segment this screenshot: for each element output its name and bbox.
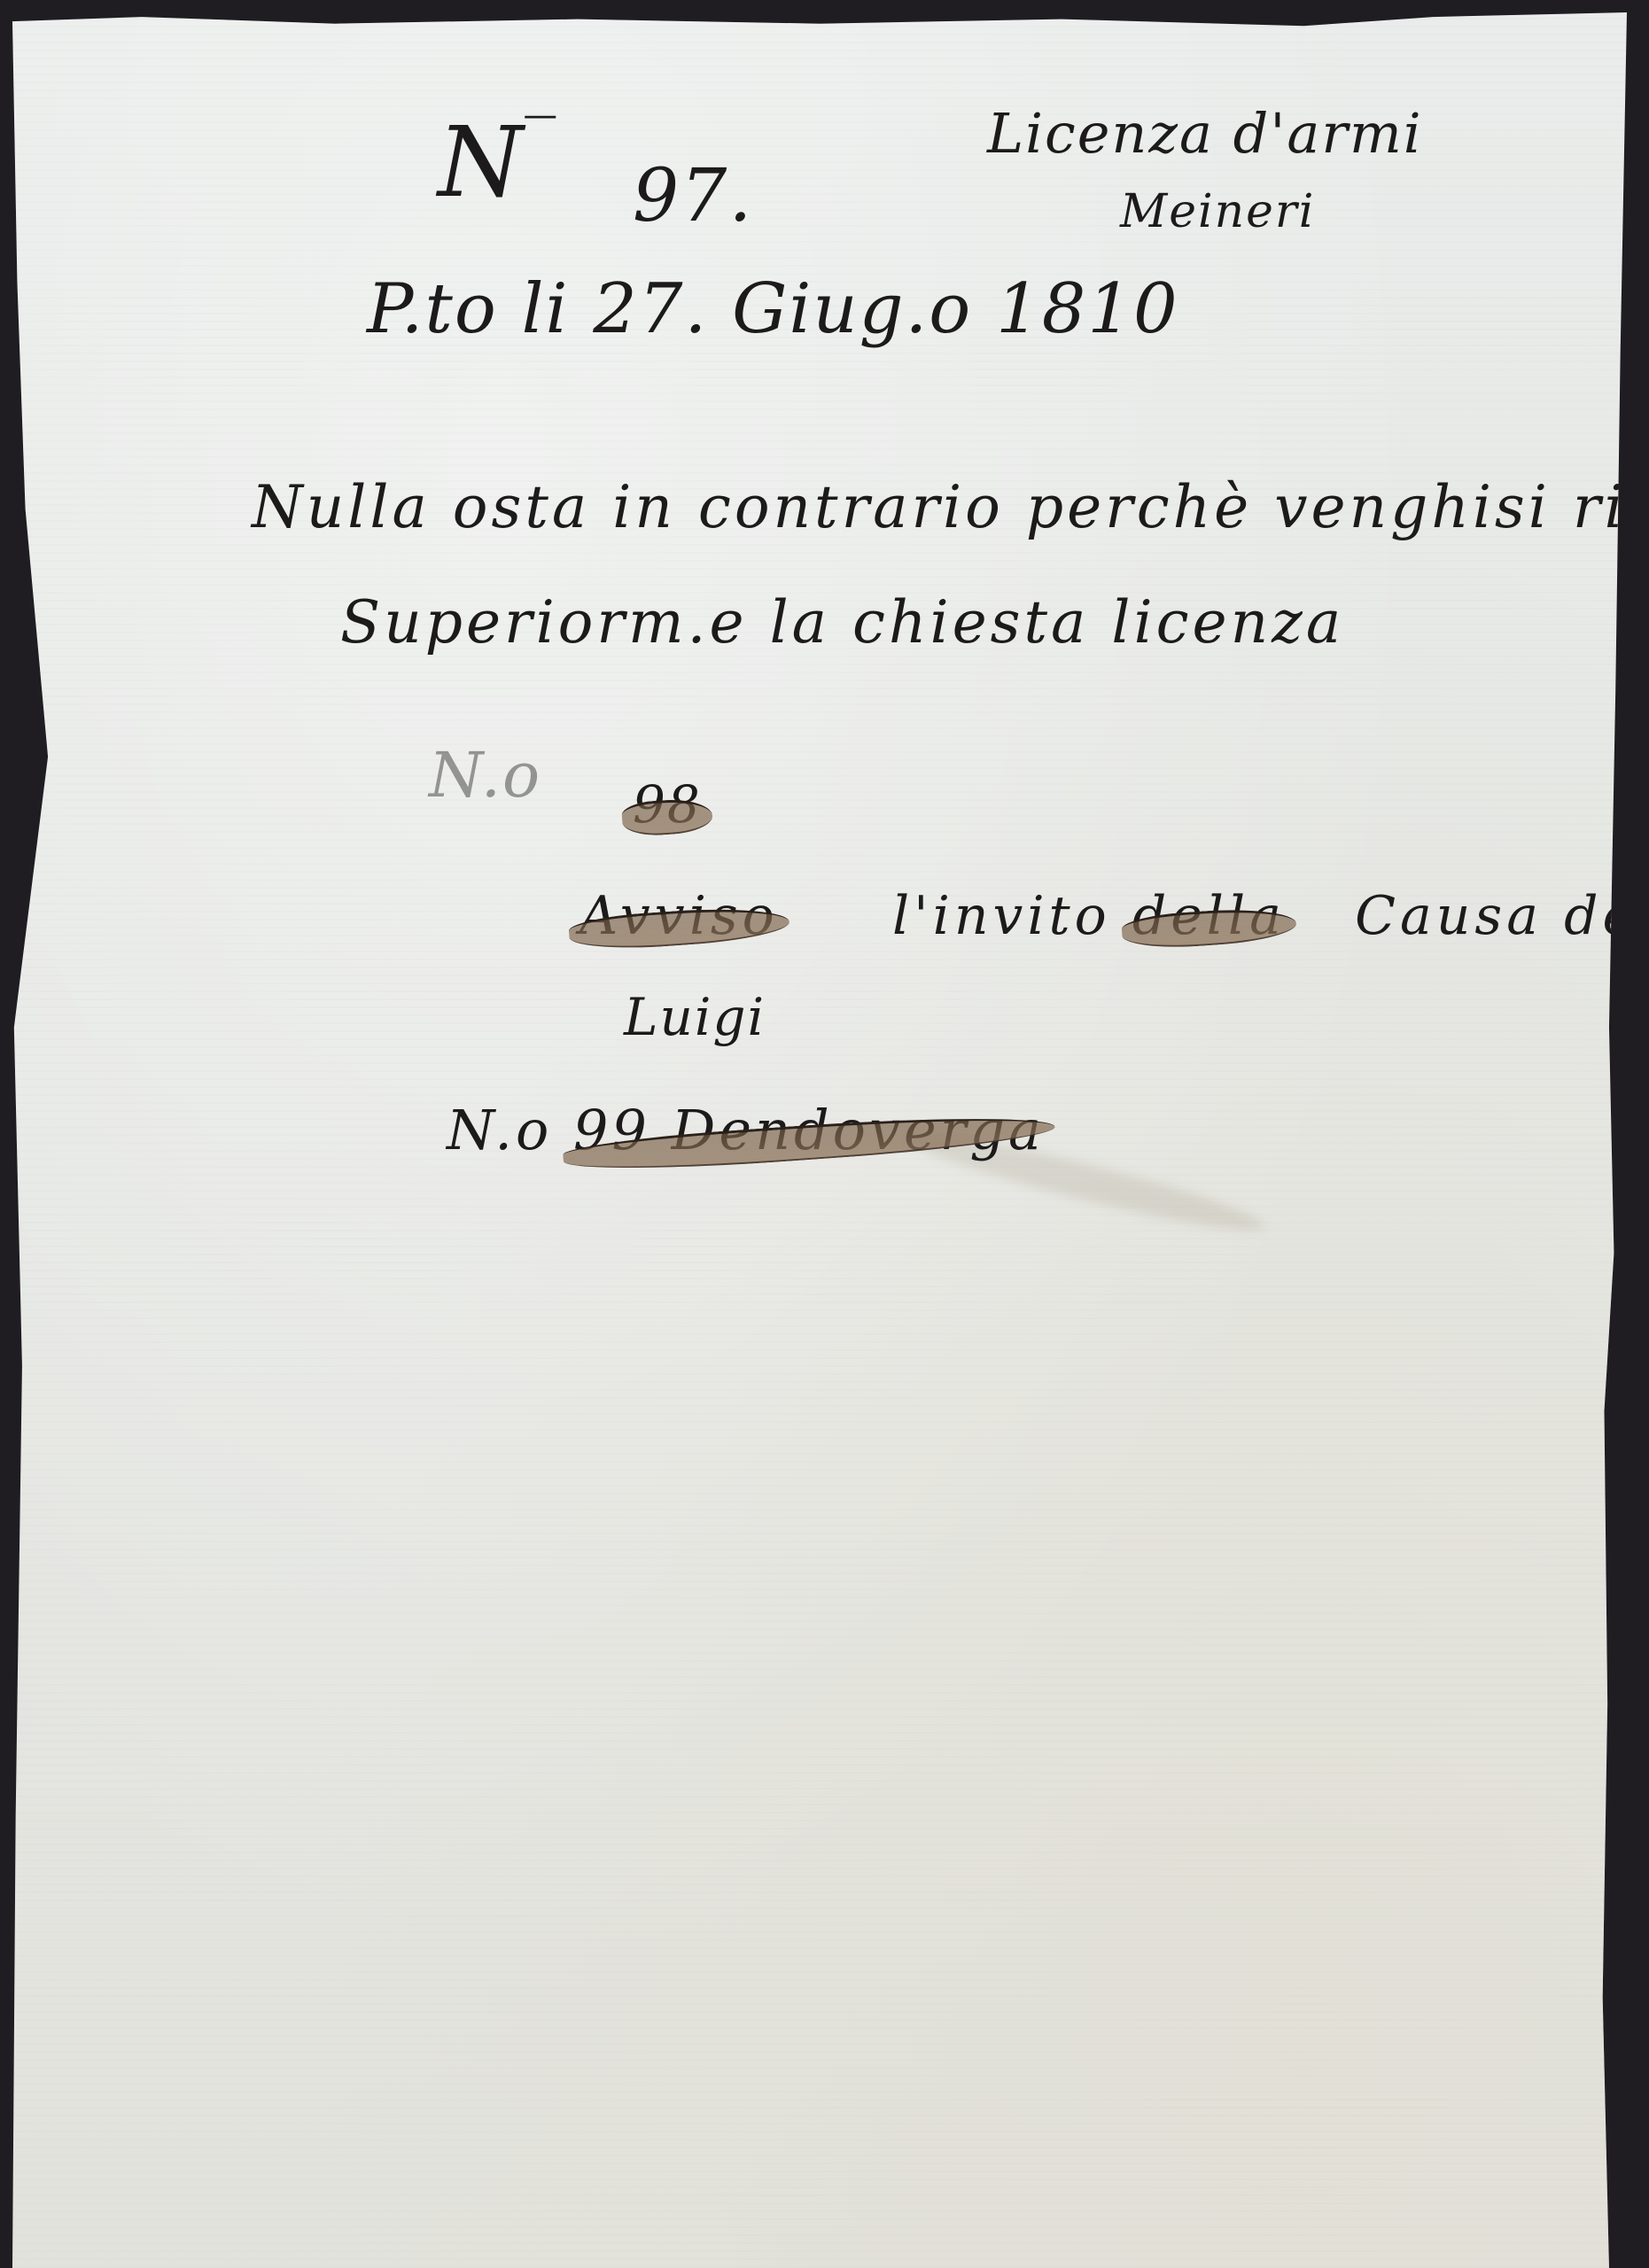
subject-line-2: Meineri — [1120, 185, 1315, 238]
struck-word-avviso: Avviso — [579, 885, 779, 947]
number-label: N — [438, 105, 525, 219]
annotation-line-3: N.o 99 Dendoverga — [447, 1098, 1045, 1162]
date-line: P.to li 27. Giug.o 1810 — [367, 269, 1179, 349]
word-invito: l'invito — [892, 885, 1111, 947]
document-number-value: 97. — [633, 154, 753, 238]
document-number: N‾ — [438, 105, 557, 219]
struck-word-della: della — [1132, 885, 1286, 947]
annotation-struck-number: 98 — [633, 774, 702, 835]
annotation-line-1: Avviso l'invito della Causa de — [579, 885, 1638, 947]
struck-number-name: 99 Dendoverga — [573, 1098, 1045, 1162]
subject-line-1: Licenza d'armi — [987, 101, 1423, 166]
line-3-prefix: N.o — [447, 1098, 552, 1162]
annotation-line-2: Luigi — [624, 987, 766, 1047]
word-causa-de: Causa de — [1355, 885, 1638, 947]
annotation-marker: N.o — [429, 739, 541, 812]
body-line-1: Nulla osta in contrario perchè venghisi … — [252, 473, 1649, 541]
body-line-2: Superiorm.e la chiesta licenza — [340, 588, 1344, 656]
struck-number: 98 — [633, 774, 702, 835]
manuscript-page: N‾ 97. Licenza d'armi Meineri P.to li 27… — [12, 12, 1627, 2268]
